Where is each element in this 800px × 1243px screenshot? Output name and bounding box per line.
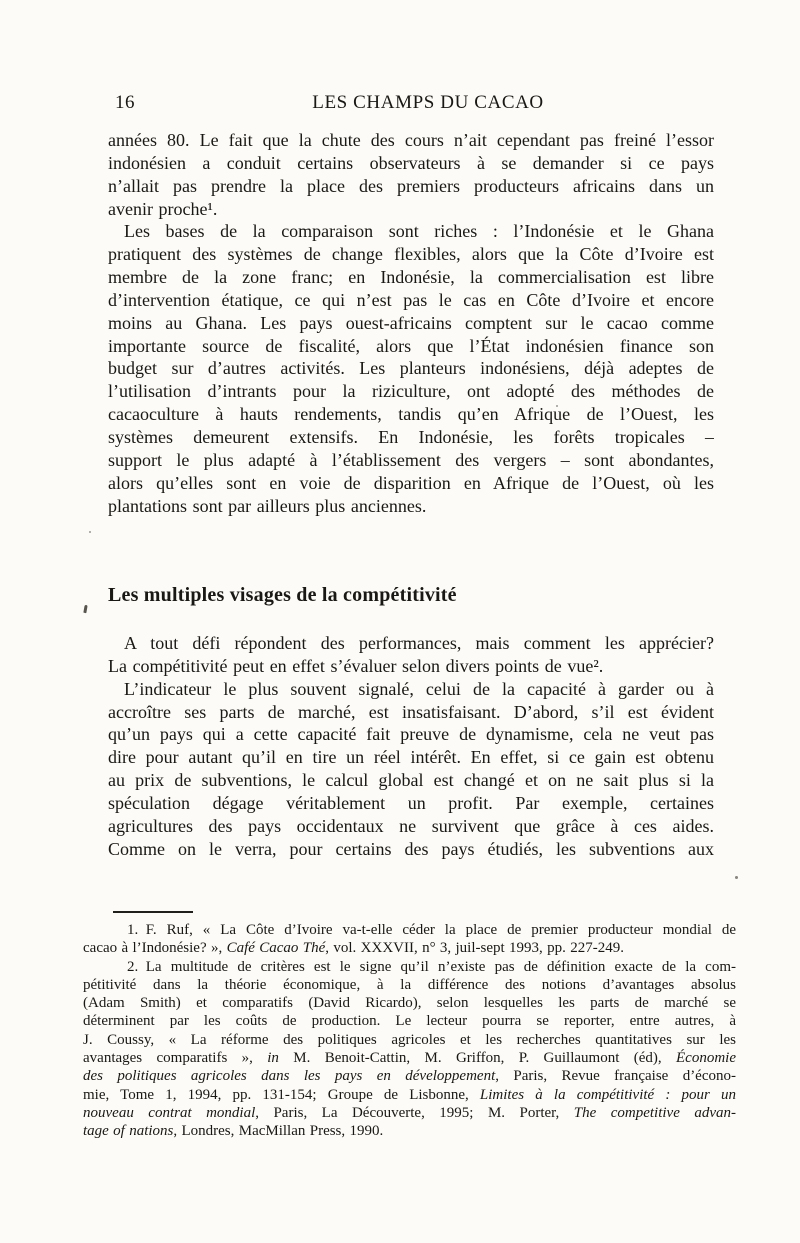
text-line: cacaoculture à hauts rendements, tandis … [108, 403, 714, 426]
italic-citation: in [267, 1050, 279, 1066]
text-line: qu’un pays qui a cette capacité fait pre… [108, 723, 714, 746]
text-line: l’utilisation d’intrants pour la rizicul… [108, 380, 714, 403]
scan-speck [89, 531, 91, 533]
paragraph: L’indicateur le plus souvent signalé, ce… [108, 678, 714, 861]
text-line: déterminent par les coûts de production.… [83, 1012, 736, 1030]
italic-citation: Café Cacao Thé [227, 940, 326, 956]
paragraph: 1. F. Ruf, « La Côte d’Ivoire va-t-elle … [83, 921, 736, 958]
text-run: 1. F. Ruf, « La Côte d’Ivoire va-t-elle … [127, 922, 736, 938]
body-text-block-1: années 80. Le fait que la chute des cour… [108, 129, 714, 517]
text-line: cacao à l’Indonésie? », Café Cacao Thé, … [83, 939, 736, 957]
italic-citation: des politiques agricoles dans les pays e… [83, 1068, 495, 1084]
text-line: membre de la zone franc; en Indonésie, l… [108, 266, 714, 289]
text-line: mie, Tome 1, 1994, pp. 131-154; Groupe d… [83, 1086, 736, 1104]
text-run: 2. La multitude de critères est le signe… [127, 959, 736, 975]
text-line: A tout défi répondent des performances, … [108, 632, 714, 655]
text-line: Comme on le verra, pour certains des pay… [108, 838, 714, 861]
text-line: avenir proche¹. [108, 198, 714, 221]
text-line: L’indicateur le plus souvent signalé, ce… [108, 678, 714, 701]
text-line: systèmes demeurent extensifs. En Indonés… [108, 426, 714, 449]
text-line: La compétitivité peut en effet s’évaluer… [108, 655, 714, 678]
text-line: dire pour autant qu’il en tire un réel i… [108, 746, 714, 769]
text-line: des politiques agricoles dans les pays e… [83, 1067, 736, 1085]
scan-speck [556, 405, 558, 407]
text-line: moins au Ghana. Les pays ouest-africains… [108, 312, 714, 335]
footnote-separator-rule [113, 911, 193, 913]
text-line: indonésien a conduit certains observateu… [108, 152, 714, 175]
footnotes-block: 1. F. Ruf, « La Côte d’Ivoire va-t-elle … [83, 921, 736, 1141]
italic-citation: tage of nations [83, 1123, 173, 1139]
scan-speck [83, 605, 87, 613]
text-line: alors qu’elles sont en voie de dispariti… [108, 472, 714, 495]
text-line: d’intervention étatique, ce qui n’est pa… [108, 289, 714, 312]
text-run: , Paris, La Découverte, 1995; M. Porter, [255, 1105, 574, 1121]
book-page-scan: 16 LES CHAMPS DU CACAO années 80. Le fai… [0, 0, 800, 1243]
text-line: support le plus adapté à l’établissement… [108, 449, 714, 472]
text-run: déterminent par les coûts de production.… [83, 1013, 736, 1029]
text-run: mie, Tome 1, 1994, pp. 131-154; Groupe d… [83, 1087, 480, 1103]
italic-citation: Économie [676, 1050, 736, 1066]
running-header: 16 LES CHAMPS DU CACAO [108, 92, 714, 116]
italic-citation: nouveau contrat mondial [83, 1105, 255, 1121]
scan-speck [735, 876, 738, 879]
page-number: 16 [115, 92, 135, 114]
text-line: agricultures des pays occidentaux ne sur… [108, 815, 714, 838]
text-line: spéculation dégage véritablement un prof… [108, 792, 714, 815]
text-line: 2. La multitude de critères est le signe… [83, 958, 736, 976]
text-run: , Paris, Revue française d’écono- [495, 1068, 736, 1084]
section-heading: Les multiples visages de la compétitivit… [108, 584, 714, 607]
text-run: pétitivité dans la théorie économique, à… [83, 977, 736, 993]
paragraph: 2. La multitude de critères est le signe… [83, 958, 736, 1141]
text-run: , Londres, MacMillan Press, 1990. [173, 1123, 383, 1139]
text-line: budget sur d’autres activités. Les plant… [108, 357, 714, 380]
text-line: nouveau contrat mondial, Paris, La Décou… [83, 1104, 736, 1122]
italic-citation: Limites à la compétitivité : pour un [480, 1087, 736, 1103]
italic-citation: The competitive advan- [574, 1105, 736, 1121]
text-line: années 80. Le fait que la chute des cour… [108, 129, 714, 152]
paragraph: Les bases de la comparaison sont riches … [108, 220, 714, 517]
text-run: cacao à l’Indonésie? », [83, 940, 227, 956]
text-line: 1. F. Ruf, « La Côte d’Ivoire va-t-elle … [83, 921, 736, 939]
running-title: LES CHAMPS DU CACAO [108, 92, 714, 114]
text-line: importante source de fiscalité, alors qu… [108, 335, 714, 358]
text-line: plantations sont par ailleurs plus ancie… [108, 495, 714, 518]
text-line: pétitivité dans la théorie économique, à… [83, 976, 736, 994]
text-line: (Adam Smith) et comparatifs (David Ricar… [83, 994, 736, 1012]
text-line: pratiquent des systèmes de change flexib… [108, 243, 714, 266]
text-line: tage of nations, Londres, MacMillan Pres… [83, 1122, 736, 1140]
body-text-block-2: A tout défi répondent des performances, … [108, 632, 714, 860]
text-run: J. Coussy, « La réforme des politiques a… [83, 1032, 736, 1048]
text-line: au prix de subventions, le calcul global… [108, 769, 714, 792]
text-run: , vol. XXXVII, n° 3, juil-sept 1993, pp.… [325, 940, 624, 956]
text-line: n’allait pas prendre la place des premie… [108, 175, 714, 198]
text-line: Les bases de la comparaison sont riches … [108, 220, 714, 243]
text-line: accroître ses parts de marché, est insat… [108, 701, 714, 724]
text-run: avantages comparatifs », [83, 1050, 267, 1066]
paragraph: années 80. Le fait que la chute des cour… [108, 129, 714, 220]
text-line: J. Coussy, « La réforme des politiques a… [83, 1031, 736, 1049]
text-run: (Adam Smith) et comparatifs (David Ricar… [83, 995, 736, 1011]
text-line: avantages comparatifs », in M. Benoit-Ca… [83, 1049, 736, 1067]
text-run: M. Benoit-Cattin, M. Griffon, P. Guillau… [279, 1050, 676, 1066]
paragraph: A tout défi répondent des performances, … [108, 632, 714, 678]
